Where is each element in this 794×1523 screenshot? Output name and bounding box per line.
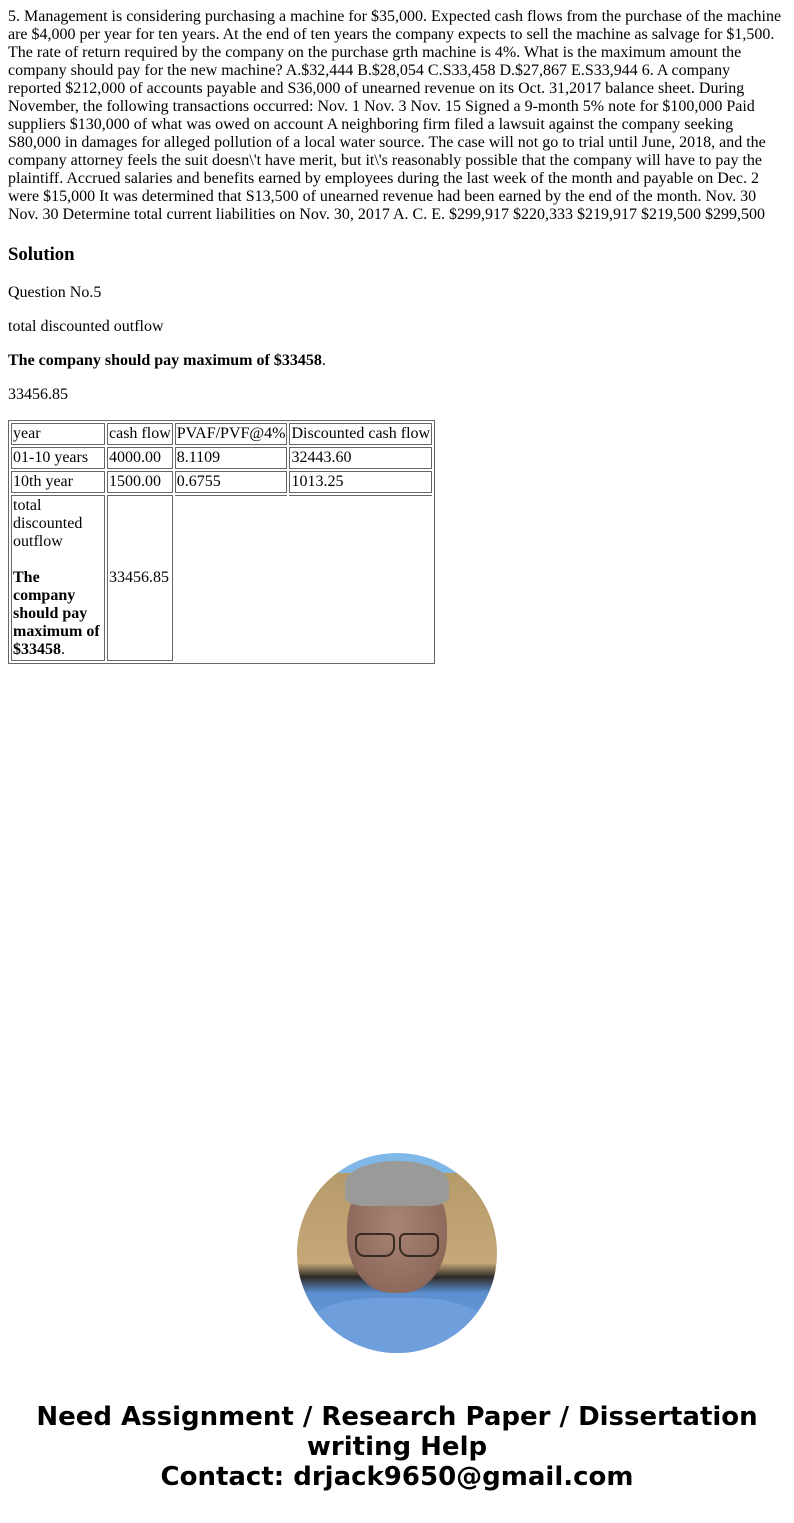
cell-year: 01-10 years [11, 447, 105, 469]
cell-discounted-cash-flow: 1013.25 [289, 471, 432, 493]
total-label-cell: total discounted outflow The company sho… [11, 495, 105, 661]
cell-pvaf: 0.6755 [175, 471, 288, 493]
cell-cash-flow: 4000.00 [107, 447, 173, 469]
empty-cell [289, 495, 432, 661]
footer-cta: Need Assignment / Research Paper / Disse… [0, 1402, 794, 1492]
header-year: year [11, 423, 105, 445]
page-content: 5. Management is considering purchasing … [0, 0, 794, 664]
cell-year: 10th year [11, 471, 105, 493]
conclusion-text: The company should pay maximum of $33458… [8, 352, 786, 370]
solution-table: year cash flow PVAF/PVF@4% Discounted ca… [8, 420, 435, 664]
solution-heading: Solution [8, 244, 786, 266]
header-cash-flow: cash flow [107, 423, 173, 445]
author-avatar [297, 1153, 497, 1353]
conclusion-bold: The company should pay maximum of $33458 [8, 352, 322, 369]
total-label: total discounted outflow [13, 497, 82, 550]
table-total-row: total discounted outflow The company sho… [11, 495, 432, 661]
footer-line-2: writing Help [0, 1432, 794, 1462]
empty-cell [175, 495, 288, 661]
footer-line-1: Need Assignment / Research Paper / Disse… [0, 1402, 794, 1432]
table-row: 01-10 years 4000.00 8.1109 32443.60 [11, 447, 432, 469]
avatar-glasses [355, 1233, 439, 1255]
total-value-text: 33456.85 [8, 386, 786, 404]
total-conclusion: The company should pay maximum of $33458 [13, 569, 100, 658]
total-discounted-outflow-label: total discounted outflow [8, 318, 786, 336]
header-pvaf: PVAF/PVF@4% [175, 423, 288, 445]
total-value-cell: 33456.85 [107, 495, 173, 661]
cell-discounted-cash-flow: 32443.60 [289, 447, 432, 469]
question-text: 5. Management is considering purchasing … [8, 8, 786, 224]
question-label: Question No.5 [8, 284, 786, 302]
cell-cash-flow: 1500.00 [107, 471, 173, 493]
footer-contact: Contact: drjack9650@gmail.com [0, 1462, 794, 1492]
avatar-shirt [307, 1298, 487, 1353]
avatar-hair [345, 1161, 449, 1206]
table-row: 10th year 1500.00 0.6755 1013.25 [11, 471, 432, 493]
header-discounted-cash-flow: Discounted cash flow [289, 423, 432, 445]
table-header-row: year cash flow PVAF/PVF@4% Discounted ca… [11, 423, 432, 445]
cell-pvaf: 8.1109 [175, 447, 288, 469]
